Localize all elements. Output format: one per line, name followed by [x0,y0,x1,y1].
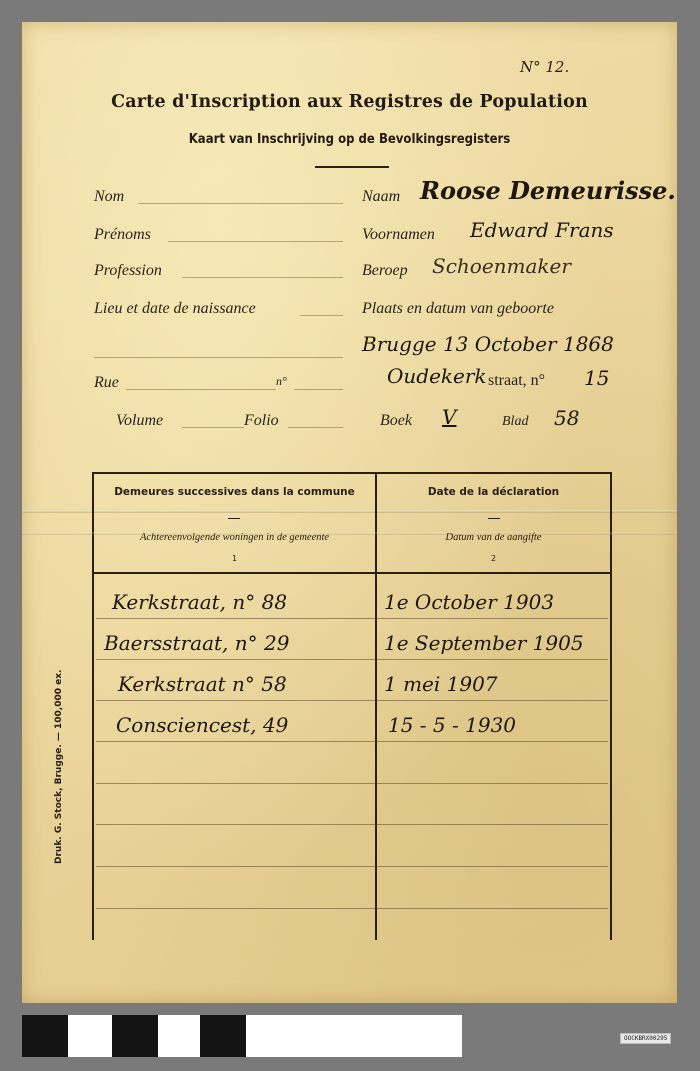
row4-address: Consciencest, 49 [116,713,288,737]
scale-block-black [112,1015,158,1057]
row4-date: 15 - 5 - 1930 [388,713,516,737]
folio-line [288,427,343,428]
blad-label: Blad [502,414,528,430]
boek-value: V [442,405,456,429]
voornamen-label: Voornamen [362,226,435,244]
folio-label: Folio [244,412,279,430]
rue-label: Rue [94,374,119,392]
row-line [96,618,608,619]
col1-header-fr: Demeures successives dans la commune [94,486,375,498]
table-top-border [92,472,612,474]
col2-number: 2 [377,554,610,563]
beroep-value: Schoenmaker [432,254,571,278]
title-divider [315,166,389,168]
birth-line-left [94,357,343,358]
scale-block-white [68,1015,112,1057]
straat-number-value: 15 [584,366,609,390]
blad-value: 58 [554,406,579,430]
boek-label: Boek [380,412,412,430]
residence-table: Demeures successives dans la commune Ach… [92,472,612,940]
row2-date: 1e September 1905 [384,631,584,655]
rue-number-label: n° [276,374,287,389]
beroep-label: Beroep [362,262,408,280]
row-line [96,700,608,701]
row2-address: Baersstraat, n° 29 [104,631,289,655]
naam-value: Roose Demeurisse. [420,176,676,205]
straat-value: Oudekerk [387,364,487,388]
prenoms-line [168,241,343,242]
scale-block-black [22,1015,68,1057]
title-french: Carte d'Inscription aux Registres de Pop… [22,92,677,112]
row1-date: 1e October 1903 [384,590,554,614]
row-line [96,741,608,742]
row3-date: 1 mei 1907 [384,672,498,696]
volume-label: Volume [116,412,163,430]
row-line [96,908,608,909]
nom-label: Nom [94,188,124,206]
scale-block-black [200,1015,246,1057]
voornamen-value: Edward Frans [470,218,614,242]
col2-header-dash [488,518,500,519]
naam-label: Naam [362,188,400,206]
row-line [96,659,608,660]
lieu-label: Lieu et date de naissance [94,300,256,318]
row-line [96,783,608,784]
row-line [96,824,608,825]
registration-card: N° 12. Carte d'Inscription aux Registres… [22,22,677,1003]
straat-label: straat, n° [488,372,545,390]
scale-block-white [158,1015,200,1057]
lieu-line [300,315,343,316]
col1-header-dash [228,518,240,519]
profession-label: Profession [94,262,162,280]
volume-line [182,427,244,428]
prenoms-label: Prénoms [94,226,151,244]
row1-address: Kerkstraat, n° 88 [112,590,287,614]
header-separator-col1 [94,572,375,574]
plaats-label: Plaats en datum van geboorte [362,300,554,318]
row-line [96,866,608,867]
col1-number: 1 [94,554,375,563]
card-number: N° 12. [520,58,569,76]
catalog-tag: OOCKBRX00295 [620,1033,671,1044]
scale-block-white-wide [246,1015,462,1057]
row3-address: Kerkstraat n° 58 [118,672,287,696]
table-right-border [610,472,612,940]
col2-header-fr: Date de la déclaration [377,486,610,498]
nom-line [138,203,343,204]
paper-fold [22,532,677,535]
title-dutch: Kaart van Inschrijving op de Bevolkingsr… [55,132,645,147]
header-separator-col2 [377,572,610,574]
rue-number-line [294,389,343,390]
profession-line [182,277,343,278]
rue-line [126,389,276,390]
printer-note: Druk. G. Stock, Brugge. — 100,000 ex. [54,670,64,864]
plaats-value: Brugge 13 October 1868 [362,332,614,356]
